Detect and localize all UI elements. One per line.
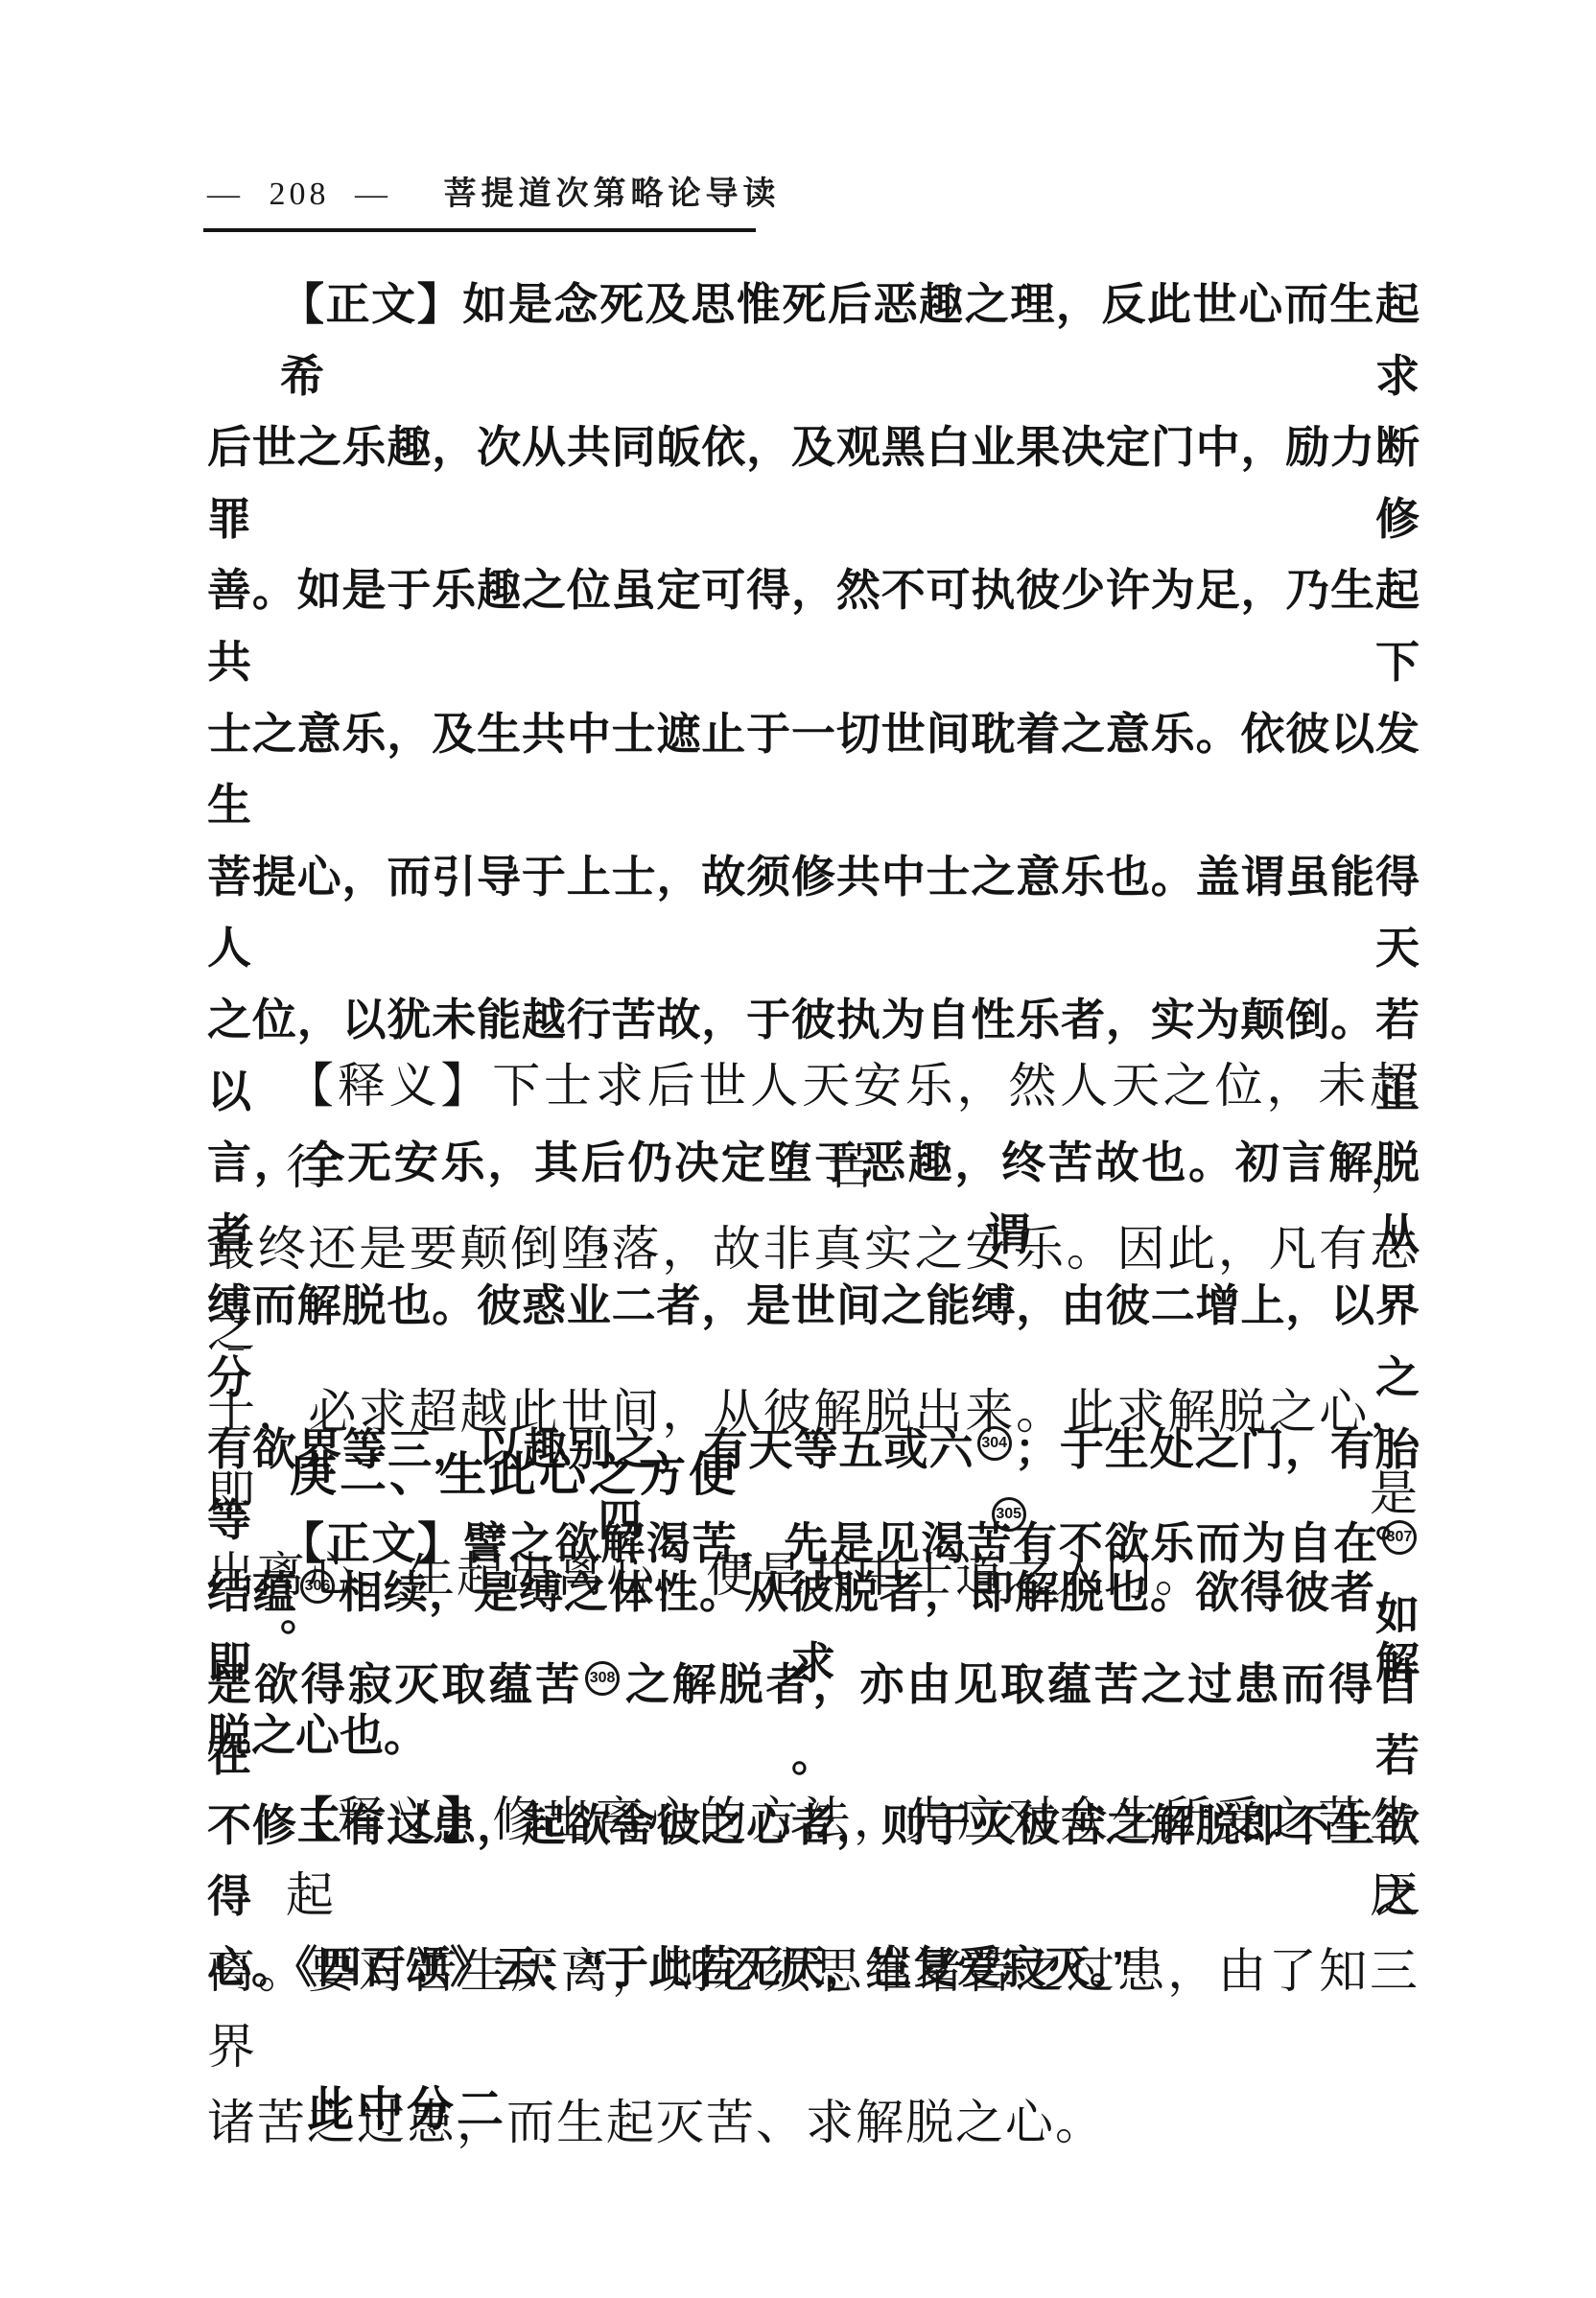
book-title: 菩提道次第略论导读	[444, 176, 781, 212]
text-segment: 菩提心，而引导于上士，故须修共中士之意乐也。盖谓虽能得人天	[207, 852, 1420, 973]
text-segment: 【正文】如是念死及思惟死后恶趣之理，反此世心而生起希求	[280, 279, 1420, 401]
section-heading-genger: 庚二、生此心之方便	[207, 1438, 1502, 1505]
scan-speck	[228, 1347, 244, 1350]
text-line: 菩提心，而引导于上士，故须修共中士之意乐也。盖谓虽能得人天	[207, 841, 1420, 984]
text-segment: 是欲得寂灭取蕴苦	[207, 1659, 582, 1709]
running-header: — 208 — 菩提道次第略论导读	[207, 174, 781, 216]
text-line: 最终还是要颠倒堕落，故非真实之安乐。因此，凡有志之	[207, 1208, 1420, 1372]
footnote-ref: 307	[1382, 1520, 1417, 1555]
text-line: 士之意乐，及生共中士遮止于一切世间耽着之意乐。依彼以发生	[207, 698, 1420, 841]
text-segment: 【正文】譬之欲解渴苦，先是见渴苦有不欲乐而为自在	[280, 1518, 1379, 1568]
footnote-ref: 308	[585, 1661, 620, 1696]
text-line: 善。如是于乐趣之位虽定可得，然不可执彼少许为足，乃生起共下	[207, 554, 1420, 697]
text-line: 【正文】如是念死及思惟死后恶趣之理，反此世心而生起希求	[207, 269, 1420, 411]
text-line: 【释义】下士求后世人天安乐，然人天之位，未超行苦，	[207, 1045, 1420, 1208]
text-line: 【释义】修出离心的方法，先应对众生所受之苦生起厌	[207, 1782, 1420, 1934]
text-segment: 后世之乐趣，次从共同皈依，及观黑白业果决定门中，励力断罪修	[207, 422, 1420, 544]
page-number: — 208 —	[207, 176, 391, 212]
text-segment: 最终还是要颠倒堕落，故非真实之安乐。因此，凡有志之	[207, 1222, 1420, 1357]
text-line: 后世之乐趣，次从共同皈依，及观黑白业果决定门中，励力断罪修	[207, 411, 1420, 554]
text-segment: 离。要对苦生厌离，则必须思维诸苦之过患，由了知三界	[207, 1944, 1420, 2074]
text-segment: 。如	[280, 1589, 1420, 1639]
text-segment: 【释义】修出离心的方法，先应对众生所受之苦生起厌	[286, 1793, 1420, 1922]
header-underline	[203, 228, 756, 232]
book-page: — 208 — 菩提道次第略论导读 【正文】如是念死及思惟死后恶趣之理，反此世心…	[0, 0, 1596, 2298]
text-line: 【正文】譬之欲解渴苦，先是见渴苦有不欲乐而为自在307。如	[207, 1509, 1420, 1650]
section-heading-cizhongfener: 此中分二	[207, 2073, 1519, 2140]
text-line: 是欲得寂灭取蕴苦308之解脱者，亦由见取蕴苦之过患而得自在。若	[207, 1650, 1420, 1791]
text-segment: 【释义】下士求后世人天安乐，然人天之位，未超行苦，	[286, 1059, 1420, 1194]
text-line: 离。要对苦生厌离，则必须思维诸苦之过患，由了知三界	[207, 1934, 1420, 2085]
text-segment: 士之意乐，及生共中士遮止于一切世间耽着之意乐。依彼以发生	[207, 709, 1420, 831]
text-segment: 善。如是于乐趣之位虽定可得，然不可执彼少许为足，乃生起共下	[207, 565, 1420, 687]
